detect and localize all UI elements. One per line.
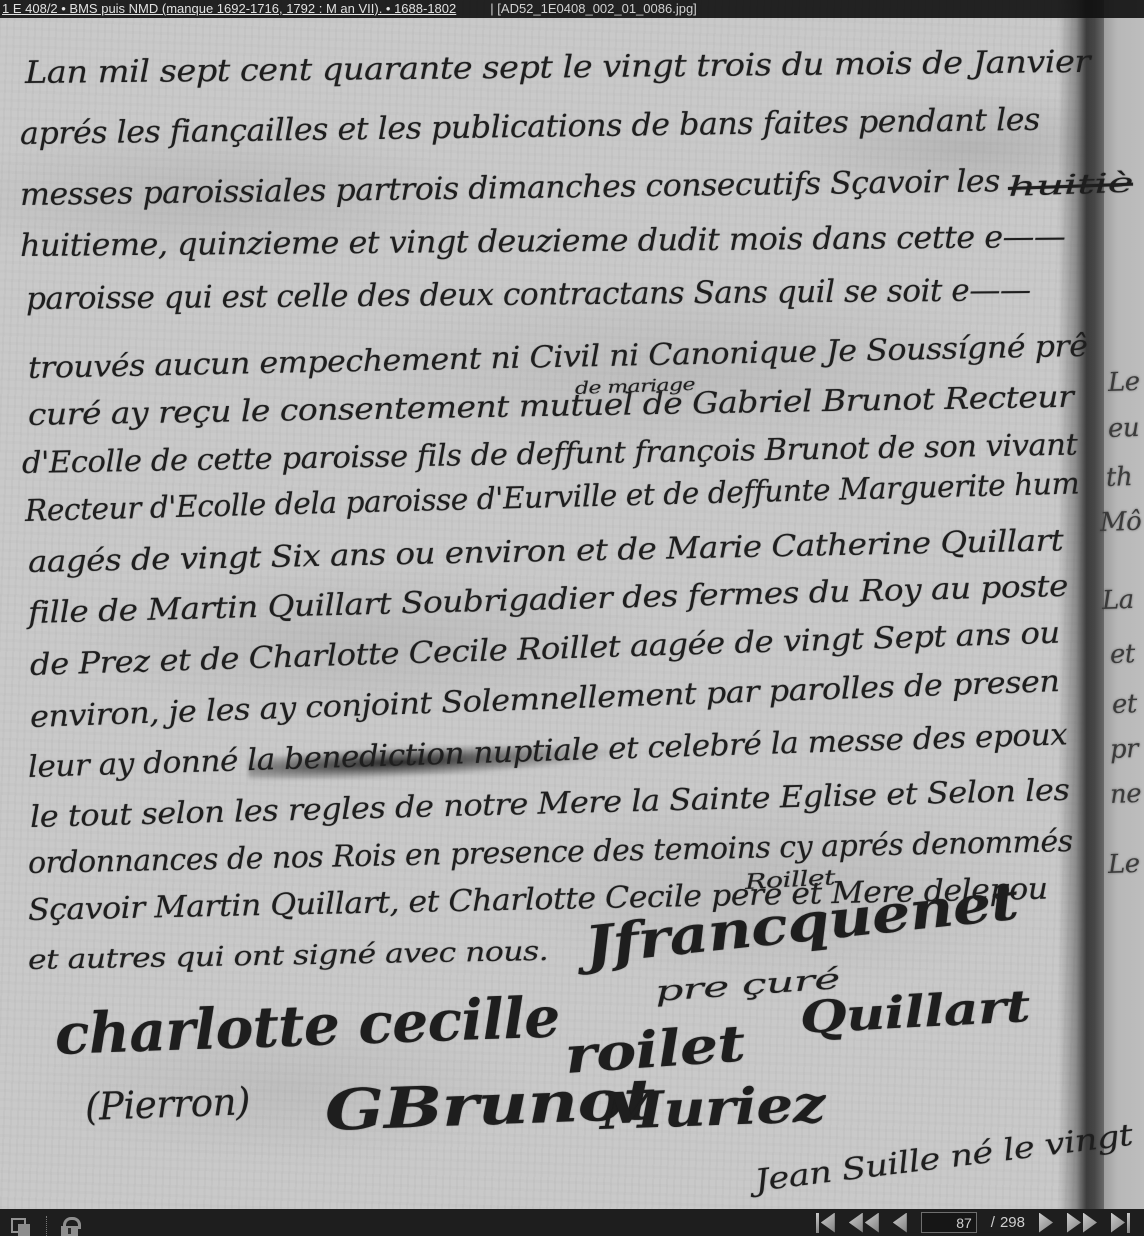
archive-image-viewer: Lan mil sept cent quarante sept le vingt… [0, 0, 1144, 1236]
rewind-button[interactable] [849, 1213, 879, 1233]
next-page-text-fragment: eu [1107, 413, 1139, 444]
manuscript-text-layer: Lan mil sept cent quarante sept le vingt… [0, 0, 1144, 1236]
toolbar-separator [46, 1216, 47, 1236]
last-page-button[interactable] [1111, 1213, 1130, 1233]
signature-charlotte-cecille: charlotte cecille [54, 984, 561, 1068]
next-page-button[interactable] [1039, 1213, 1053, 1233]
compare-pages-icon[interactable] [10, 1217, 34, 1236]
handwritten-line: curé ay reçu le consentement mutuel de G… [28, 380, 1074, 433]
next-page-text-fragment: La [1101, 585, 1134, 616]
signature-pierron: (Pierron) [84, 1079, 250, 1129]
page-count: / 298 [991, 1214, 1025, 1231]
unlock-icon[interactable] [59, 1217, 83, 1236]
manuscript-scan-canvas[interactable]: Lan mil sept cent quarante sept le vingt… [0, 0, 1144, 1236]
handwritten-line: trouvés aucun empechement ni Civil ni Ca… [28, 329, 1088, 386]
handwritten-line: et autres qui ont signé avec nous. [28, 936, 549, 976]
previous-page-icon [893, 1213, 907, 1233]
signature-muriez: Muriez [599, 1074, 826, 1141]
collection-link[interactable]: 1 E 408/2 • BMS puis NMD (manque 1692-17… [0, 0, 456, 18]
next-page-text-fragment: Le [1107, 367, 1140, 398]
handwritten-line: Roillet [744, 865, 835, 894]
next-page-icon [1039, 1213, 1053, 1233]
image-filename: | [AD52_1E0408_002_01_0086.jpg] [490, 0, 697, 18]
next-page-text-fragment: pr [1109, 734, 1138, 765]
last-page-icon [1111, 1213, 1125, 1233]
handwritten-line: aagés de vingt Six ans ou environ et de … [28, 523, 1064, 580]
next-page-text-fragment: Mô [1099, 507, 1141, 538]
next-page-text-fragment: ne [1109, 779, 1141, 810]
handwritten-line: aprés les fiançailles et les publication… [20, 102, 1040, 152]
signature-quillart: Quillart [799, 981, 1031, 1044]
handwritten-line: messes paroissiales partrois dimanches c… [20, 163, 1000, 213]
next-page-text-fragment: et [1109, 639, 1135, 670]
title-bar: 1 E 408/2 • BMS puis NMD (manque 1692-17… [0, 0, 1144, 18]
page-navigation: / 298 [816, 1209, 1144, 1236]
toolbar-left-group [0, 1216, 83, 1236]
handwritten-line: de mariage [575, 375, 696, 399]
fast-forward-icon [1067, 1213, 1081, 1233]
page-count-separator: / [991, 1214, 995, 1231]
page-number-input[interactable] [921, 1212, 977, 1233]
first-page-icon [816, 1213, 819, 1233]
first-page-button[interactable] [816, 1213, 835, 1233]
handwritten-line: huitiè [1007, 168, 1133, 203]
previous-page-button[interactable] [893, 1213, 907, 1233]
next-page-text-fragment: Le [1107, 849, 1140, 880]
handwritten-line: ordonnances de nos Rois en presence des … [28, 824, 1073, 881]
next-page-text-fragment: th [1105, 462, 1132, 493]
filename-separator: | [490, 1, 493, 16]
handwritten-line: huitieme, quinzieme et vingt deuzieme du… [20, 219, 1066, 264]
handwritten-line: paroisse qui est celle des deux contract… [26, 272, 1031, 317]
total-pages: 298 [1000, 1214, 1025, 1231]
handwritten-line: Lan mil sept cent quarante sept le vingt… [25, 44, 1090, 91]
fast-forward-button[interactable] [1067, 1213, 1097, 1233]
viewer-toolbar: / 298 [0, 1209, 1144, 1236]
filename-text: [AD52_1E0408_002_01_0086.jpg] [497, 1, 697, 16]
rewind-icon [849, 1213, 863, 1233]
handwritten-line: le tout selon les regles de notre Mere l… [30, 773, 1070, 835]
next-page-text-fragment: et [1111, 689, 1137, 720]
